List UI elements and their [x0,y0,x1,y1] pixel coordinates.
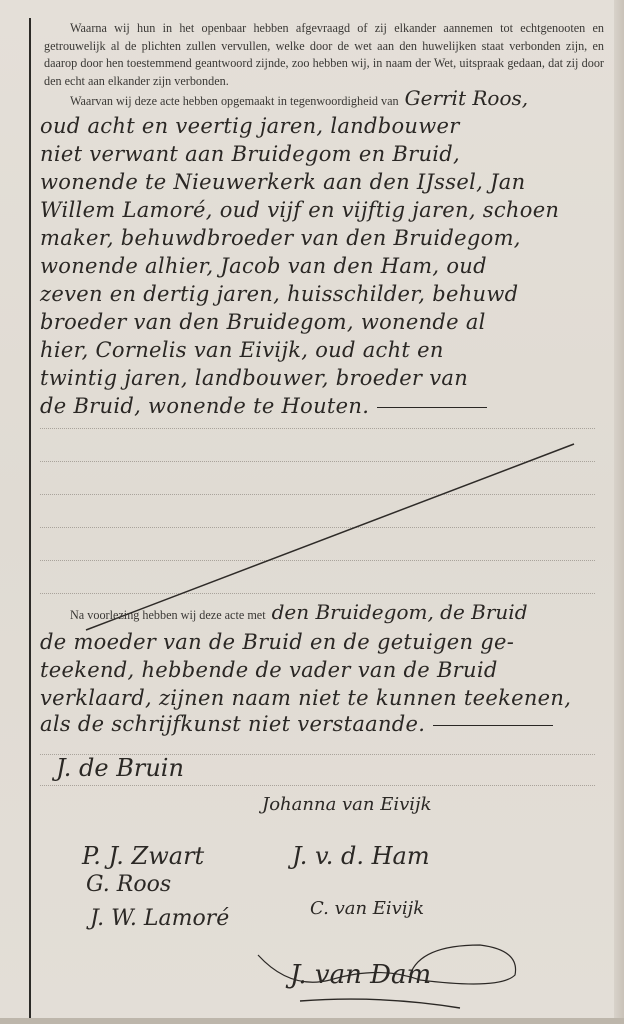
register-page: Waarna wij hun in het openbaar hebben af… [0,0,624,1024]
signature-flourish [0,0,624,1024]
